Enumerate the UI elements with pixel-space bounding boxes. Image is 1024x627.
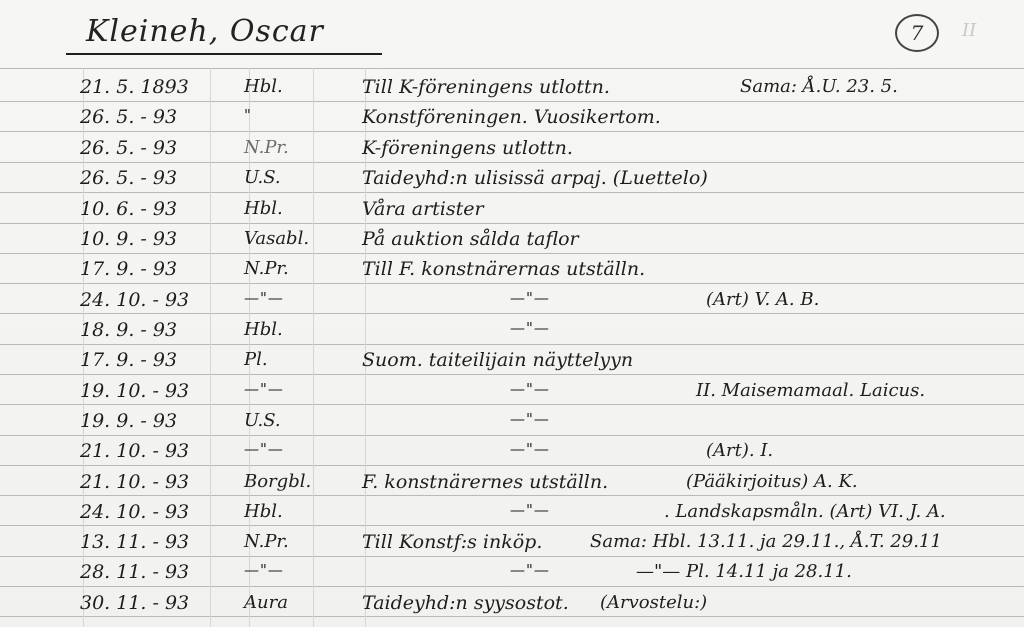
entry-source: N.Pr. <box>244 531 289 552</box>
entry-row: 13. 11. - 93 N.Pr. Till Konstf:s inköp. … <box>0 527 1024 557</box>
entry-row: 28. 11. - 93 —"— —"— —"— Pl. 14.11 ja 28… <box>0 557 1024 587</box>
entry-date: 21. 5. 1893 <box>80 76 189 98</box>
entry-description: Till K-föreningens utlottn. <box>362 76 610 98</box>
entry-source: Hbl. <box>244 319 283 340</box>
rule-line <box>0 68 1024 69</box>
entry-date: 21. 10. - 93 <box>80 471 189 493</box>
entry-description: —"— <box>510 501 550 519</box>
entry-source: —"— <box>244 561 284 579</box>
entry-source: Vasabl. <box>244 228 309 249</box>
entry-note: II. Maisemamaal. Laicus. <box>696 380 925 401</box>
entry-date: 26. 5. - 93 <box>80 137 177 159</box>
entry-row: 30. 11. - 93 Aura Taideyhd:n syysostot. … <box>0 588 1024 618</box>
entry-note: (Art) V. A. B. <box>706 289 819 310</box>
entry-description: —"— <box>510 289 550 307</box>
entry-source: N.Pr. <box>244 258 289 279</box>
entry-description: Till F. konstnärernas utställn. <box>362 258 645 280</box>
entry-date: 17. 9. - 93 <box>80 258 177 280</box>
title-underline <box>66 53 382 55</box>
entry-description: På auktion sålda taflor <box>362 228 579 250</box>
entry-date: 13. 11. - 93 <box>80 531 189 553</box>
entry-row: 24. 10. - 93 —"— —"— (Art) V. A. B. <box>0 285 1024 315</box>
entry-row: 17. 9. - 93 N.Pr. Till F. konstnärernas … <box>0 254 1024 284</box>
entry-description: —"— <box>510 440 550 458</box>
entry-date: 26. 5. - 93 <box>80 167 177 189</box>
entry-note: (Pääkirjoitus) A. K. <box>686 471 858 492</box>
archive-index-card: Kleineh, Oscar 7 II 21. 5. 1893 Hbl. Til… <box>0 0 1024 627</box>
entry-note: (Art). I. <box>706 440 773 461</box>
entry-source: Pl. <box>244 349 268 370</box>
entry-note: Sama: Å.U. 23. 5. <box>740 76 898 97</box>
card-title-name: Kleineh, Oscar <box>86 14 324 49</box>
entry-row: 10. 6. - 93 Hbl. Våra artister <box>0 194 1024 224</box>
entry-source: Hbl. <box>244 198 283 219</box>
entry-description: —"— <box>510 380 550 398</box>
entry-description: Taideyhd:n ulisissä arpaj. (Luettelo) <box>362 167 708 189</box>
entry-row: 26. 5. - 93 " Konstföreningen. Vuosikert… <box>0 102 1024 132</box>
entry-row: 10. 9. - 93 Vasabl. På auktion sålda taf… <box>0 224 1024 254</box>
entry-source: Hbl. <box>244 76 283 97</box>
entry-date: 26. 5. - 93 <box>80 106 177 128</box>
entry-row: 19. 10. - 93 —"— —"— II. Maisemamaal. La… <box>0 376 1024 406</box>
page-number-circled: 7 <box>895 14 939 52</box>
entry-description: Konstföreningen. Vuosikertom. <box>362 106 661 128</box>
entry-date: 19. 9. - 93 <box>80 410 177 432</box>
entry-note: . Landskapsmåln. (Art) VI. J. A. <box>664 501 946 522</box>
entry-row: 21. 10. - 93 —"— —"— (Art). I. <box>0 436 1024 466</box>
entry-row: 26. 5. - 93 U.S. Taideyhd:n ulisissä arp… <box>0 163 1024 193</box>
entry-description: F. konstnärernes utställn. <box>362 471 608 493</box>
entry-date: 24. 10. - 93 <box>80 501 189 523</box>
entry-date: 17. 9. - 93 <box>80 349 177 371</box>
entry-description: Våra artister <box>362 198 484 220</box>
entry-date: 18. 9. - 93 <box>80 319 177 341</box>
entry-source: " <box>244 106 252 124</box>
entry-row: 21. 5. 1893 Hbl. Till K-föreningens utlo… <box>0 72 1024 102</box>
entry-source: Aura <box>244 592 288 613</box>
entry-note: (Arvostelu:) <box>600 592 707 613</box>
entry-source: —"— <box>244 380 284 398</box>
entry-date: 24. 10. - 93 <box>80 289 189 311</box>
entry-row: 19. 9. - 93 U.S. —"— <box>0 406 1024 436</box>
entry-source: —"— <box>244 440 284 458</box>
entry-source: N.Pr. <box>244 137 289 158</box>
entry-row: 18. 9. - 93 Hbl. —"— <box>0 315 1024 345</box>
entry-description: —"— <box>510 561 550 579</box>
entry-date: 28. 11. - 93 <box>80 561 189 583</box>
entry-date: 30. 11. - 93 <box>80 592 189 614</box>
entry-date: 10. 6. - 93 <box>80 198 177 220</box>
entry-description: Till Konstf:s inköp. <box>362 531 542 553</box>
entry-source: U.S. <box>244 410 281 431</box>
entry-source: Hbl. <box>244 501 283 522</box>
entry-date: 10. 9. - 93 <box>80 228 177 250</box>
entry-source: —"— <box>244 289 284 307</box>
entry-description: Suom. taiteilijain näyttelyyn <box>362 349 633 371</box>
entry-source: Borgbl. <box>244 471 311 492</box>
entry-note: —"— Pl. 14.11 ja 28.11. <box>636 561 852 582</box>
entry-row: 21. 10. - 93 Borgbl. F. konstnärernes ut… <box>0 467 1024 497</box>
faint-mark: II <box>962 20 976 41</box>
entry-date: 19. 10. - 93 <box>80 380 189 402</box>
entry-description: Taideyhd:n syysostot. <box>362 592 569 614</box>
entry-row: 26. 5. - 93 N.Pr. K-föreningens utlottn. <box>0 133 1024 163</box>
entry-description: K-föreningens utlottn. <box>362 137 573 159</box>
entry-row: 17. 9. - 93 Pl. Suom. taiteilijain näytt… <box>0 345 1024 375</box>
entry-description: —"— <box>510 410 550 428</box>
entry-description: —"— <box>510 319 550 337</box>
entry-date: 21. 10. - 93 <box>80 440 189 462</box>
entry-note: Sama: Hbl. 13.11. ja 29.11., Å.T. 29.11 <box>590 531 942 552</box>
entry-source: U.S. <box>244 167 281 188</box>
entry-row: 24. 10. - 93 Hbl. —"— . Landskapsmåln. (… <box>0 497 1024 527</box>
